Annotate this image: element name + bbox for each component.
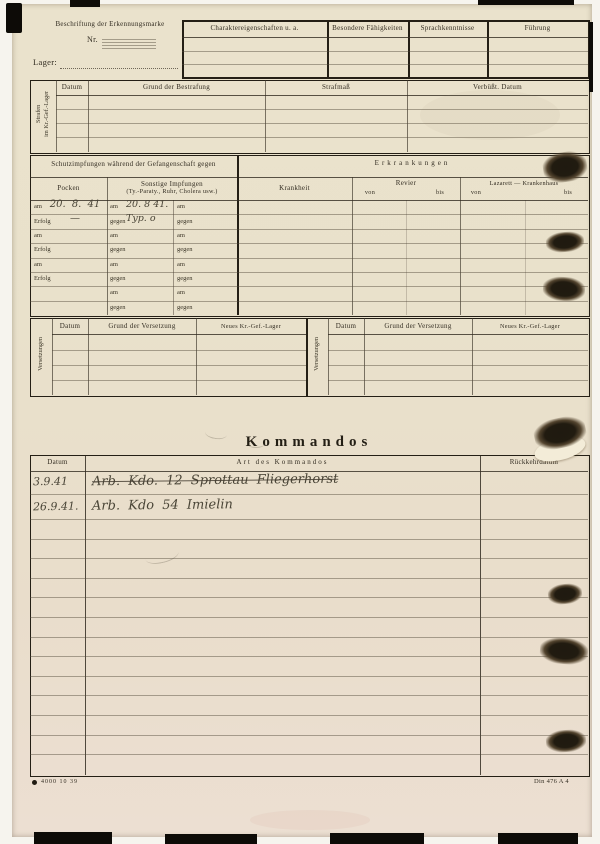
traits-ruled-line (182, 64, 588, 65)
impf-row-line (30, 258, 588, 259)
nr-ruled-line (102, 45, 156, 46)
impf-sonstige-a-label: am (110, 232, 118, 239)
lazarett-von-label: von (466, 190, 486, 197)
strafen-side-label: Strafen im Kr.-Gef.-Lager (35, 79, 51, 149)
impf-sonstige-b-label: gegen (177, 275, 193, 282)
kommandos-ruled-line (30, 578, 588, 579)
impf-col-pocken: Pocken (30, 185, 107, 193)
versetzungen-l-datum: Datum (52, 323, 88, 331)
impf-pocken-handwriting: — (46, 213, 104, 224)
impf-band-left: Schutzimpfungen während der Gefangenscha… (32, 161, 235, 169)
strafen-ruled-line (56, 123, 588, 124)
scan-edge-bottom (330, 833, 424, 844)
scan-edge-right (589, 22, 593, 92)
impf-pocken-label: am (34, 232, 42, 239)
impf-sonstige-b-label: gegen (177, 218, 193, 225)
traits-col-languages: Sprachkenntnisse (410, 25, 485, 33)
kommandos-col-art: Art des Kommandos (85, 459, 480, 467)
versetzungen-ruled-line (52, 365, 306, 366)
impf-row-line (30, 229, 588, 230)
lazarett-bis-label: bis (558, 190, 578, 197)
din-format-label: Din 476 A 4 (534, 778, 569, 785)
impf-col-divider (460, 177, 461, 315)
pencil-smudge (248, 441, 264, 448)
impf-pocken-label: am (34, 203, 42, 210)
kommando-entry-datum: 3.9.41 (33, 475, 68, 489)
kommandos-ruled-line (30, 695, 588, 696)
kommandos-ruled-line (30, 617, 588, 618)
impf-sonstige-b-label: am (177, 203, 185, 210)
scan-edge-bottom (498, 833, 578, 844)
scan-edge-bottom (34, 832, 112, 844)
impf-row-line (30, 286, 588, 287)
strafen-col-strafmass: Strafmaß (265, 84, 407, 92)
scanned-document-page: { "id_box": { "title": "Beschriftung der… (0, 0, 600, 844)
versetzungen-left-side-label: Versetzungen (37, 319, 45, 389)
hole-punch (547, 582, 583, 605)
impf-sonstige-a-handwriting: 20. 8 41. (126, 199, 168, 210)
versetzungen-right-side-label: Versetzungen (313, 319, 321, 389)
scan-edge-top (478, 0, 574, 5)
idbox-nr-label: Nr. (87, 36, 98, 45)
nr-ruled-line (102, 48, 156, 49)
impf-sonstige-b-label: gegen (177, 304, 193, 311)
traits-bottom-border (182, 77, 590, 79)
revier-bis-label: bis (430, 190, 450, 197)
kommandos-rueckkehr-divider (480, 455, 481, 775)
hole-punch (545, 230, 585, 253)
impf-sonstige-a-handwriting: Typ. o (126, 213, 156, 224)
impf-row-line (30, 243, 588, 244)
strafen-col-grund: Grund der Bestrafung (88, 84, 265, 92)
versetzungen-ruled-line (328, 350, 588, 351)
versetzungen-ruled-line (328, 380, 588, 381)
scan-edge-bottom (165, 834, 257, 844)
impf-band-underline (30, 177, 588, 178)
kommandos-ruled-line (30, 558, 588, 559)
lager-label: Lager: (33, 58, 57, 67)
kommandos-col-datum: Datum (30, 459, 85, 467)
versetzungen-r-grund: Grund der Versetzung (364, 323, 472, 331)
versetzungen-r-neues: Neues Kr.-Gef.-Lager (472, 324, 588, 331)
hole-punch (541, 149, 589, 185)
impf-col-divider (107, 177, 108, 315)
impf-sonstige-a-label: gegen (110, 304, 126, 311)
kommandos-title: Kommandos (30, 434, 588, 451)
hole-punch (539, 636, 589, 666)
versetzungen-ruled-line (52, 350, 306, 351)
kommando-entry-datum: 26.9.41. (33, 500, 79, 514)
impf-sonstige-b-label: am (177, 289, 185, 296)
impf-sonstige-a-label: am (110, 203, 118, 210)
versetzungen-l-grund: Grund der Versetzung (88, 323, 196, 331)
impf-sonstige-a-label: gegen (110, 246, 126, 253)
kommandos-col-rueckkehr: Rückkehrdatum (480, 459, 588, 467)
kommandos-ruled-line (30, 539, 588, 540)
traits-top-border (182, 20, 590, 22)
versetzungen-l-neues: Neues Kr.-Gef.-Lager (196, 324, 306, 331)
impf-sonstige-a-label: gegen (110, 218, 126, 225)
versetzungen-r-datum: Datum (328, 323, 364, 331)
scan-edge-corner (6, 3, 22, 33)
revier-von-label: von (360, 190, 380, 197)
impf-pocken-label: Erfolg (34, 275, 51, 282)
kommandos-ruled-line (30, 519, 588, 520)
traits-col-char: Charaktereigenschaften u. a. (184, 25, 325, 33)
impf-subheader-underline (30, 200, 588, 201)
kommandos-ruled-line (30, 597, 588, 598)
impf-row-line (30, 301, 588, 302)
impf-sonstige-b-label: gegen (177, 246, 193, 253)
traits-header-underline (182, 37, 588, 38)
impf-row-line (30, 272, 588, 273)
versetzungen-r-underline (328, 334, 588, 335)
strafen-ruled-line (56, 109, 588, 110)
strafen-ruled-line (56, 137, 588, 138)
versetzungen-ruled-line (52, 380, 306, 381)
impf-sonstige-b-label: am (177, 261, 185, 268)
traits-col-conduct: Führung (489, 25, 586, 33)
kommandos-ruled-line (30, 676, 588, 677)
impf-row-line (30, 214, 588, 215)
strafen-header-underline (56, 95, 588, 96)
hole-punch (545, 729, 586, 754)
impf-main-divider (237, 155, 239, 315)
impf-sonstige-a-label: am (110, 289, 118, 296)
versetzungen-ruled-line (328, 365, 588, 366)
print-mark: 4000 10 39 (41, 779, 78, 786)
kommandos-ruled-line (30, 715, 588, 716)
impf-col-krankheit: Krankheit (237, 185, 352, 193)
impf-pocken-handwriting: 20. 8. 41 (46, 199, 104, 210)
impf-col-revier: Revier (352, 180, 460, 188)
impf-col-sonstige-sub: (Ty.-Paraty., Ruhr, Cholera usw.) (108, 189, 236, 196)
kommando-entry-text: Arb. Kdo 54 Imielin (92, 497, 233, 513)
nr-ruled-line (102, 39, 156, 40)
kommandos-datum-divider (85, 455, 86, 775)
impf-pocken-label: am (34, 261, 42, 268)
kommandos-ruled-line (30, 735, 588, 736)
traits-ruled-line (182, 51, 588, 52)
kommandos-ruled-line (30, 656, 588, 657)
hole-punch (542, 276, 586, 303)
kommandos-ruled-line (30, 754, 588, 755)
impf-band-right: Erkrankungen (237, 160, 588, 168)
kommandos-ruled-line (30, 637, 588, 638)
impf-sonstige-a-label: am (110, 261, 118, 268)
impf-pocken-label: Erfolg (34, 246, 51, 253)
impf-col-lazarett: Lazarett — Krankenhaus (460, 181, 588, 188)
scan-edge-top (70, 0, 100, 7)
impf-col-divider (352, 177, 353, 315)
idbox-title: Beschriftung der Erkennungsmarke (40, 21, 180, 29)
traits-col-abilities: Besondere Fähigkeiten (329, 25, 406, 33)
lager-blank-line (60, 60, 178, 69)
versetzungen-l-underline (52, 334, 306, 335)
impf-sonstige-a-label: gegen (110, 275, 126, 282)
strafen-col-verbuesst: Verbüßt. Datum (407, 84, 588, 92)
kommandos-ruled-line (30, 494, 588, 495)
print-mark-dot-icon (32, 780, 37, 785)
strafen-col-datum: Datum (56, 84, 88, 92)
nr-ruled-line (102, 42, 156, 43)
impf-sonstige-b-label: am (177, 232, 185, 239)
kommando-entry-text: Arb. Kdo. 12 Sprottau Fliegerhorst (92, 472, 338, 490)
